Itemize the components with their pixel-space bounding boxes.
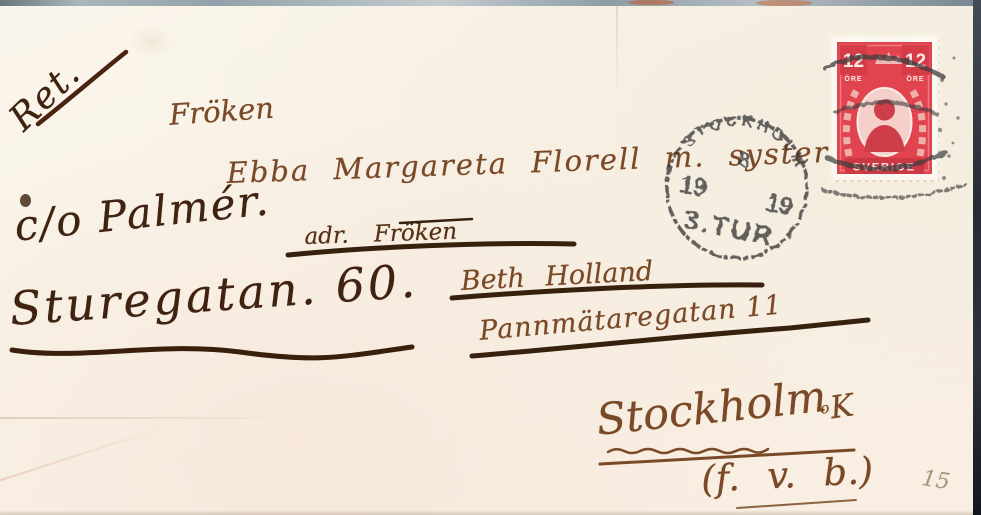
scan-edge-top	[0, 0, 981, 6]
edge-smudge	[628, 0, 674, 5]
faint-pencil-note: 15	[920, 466, 952, 495]
district-letter: K	[828, 387, 856, 426]
scan-edge-bottom	[0, 510, 981, 515]
crossed-out-adr-line: adr. Fröken	[304, 219, 458, 250]
edge-smudge	[756, 0, 812, 6]
scan-edge-right	[973, 0, 981, 515]
envelope-paper	[0, 0, 981, 515]
forwarding-abbreviation-fvb: (f. v. b.)	[700, 449, 874, 501]
salutation-froken: Fröken	[168, 91, 275, 132]
district-code: oK	[818, 387, 856, 427]
envelope-scan: Ret. Fröken Ebba Margareta Florell m. sy…	[0, 0, 981, 515]
